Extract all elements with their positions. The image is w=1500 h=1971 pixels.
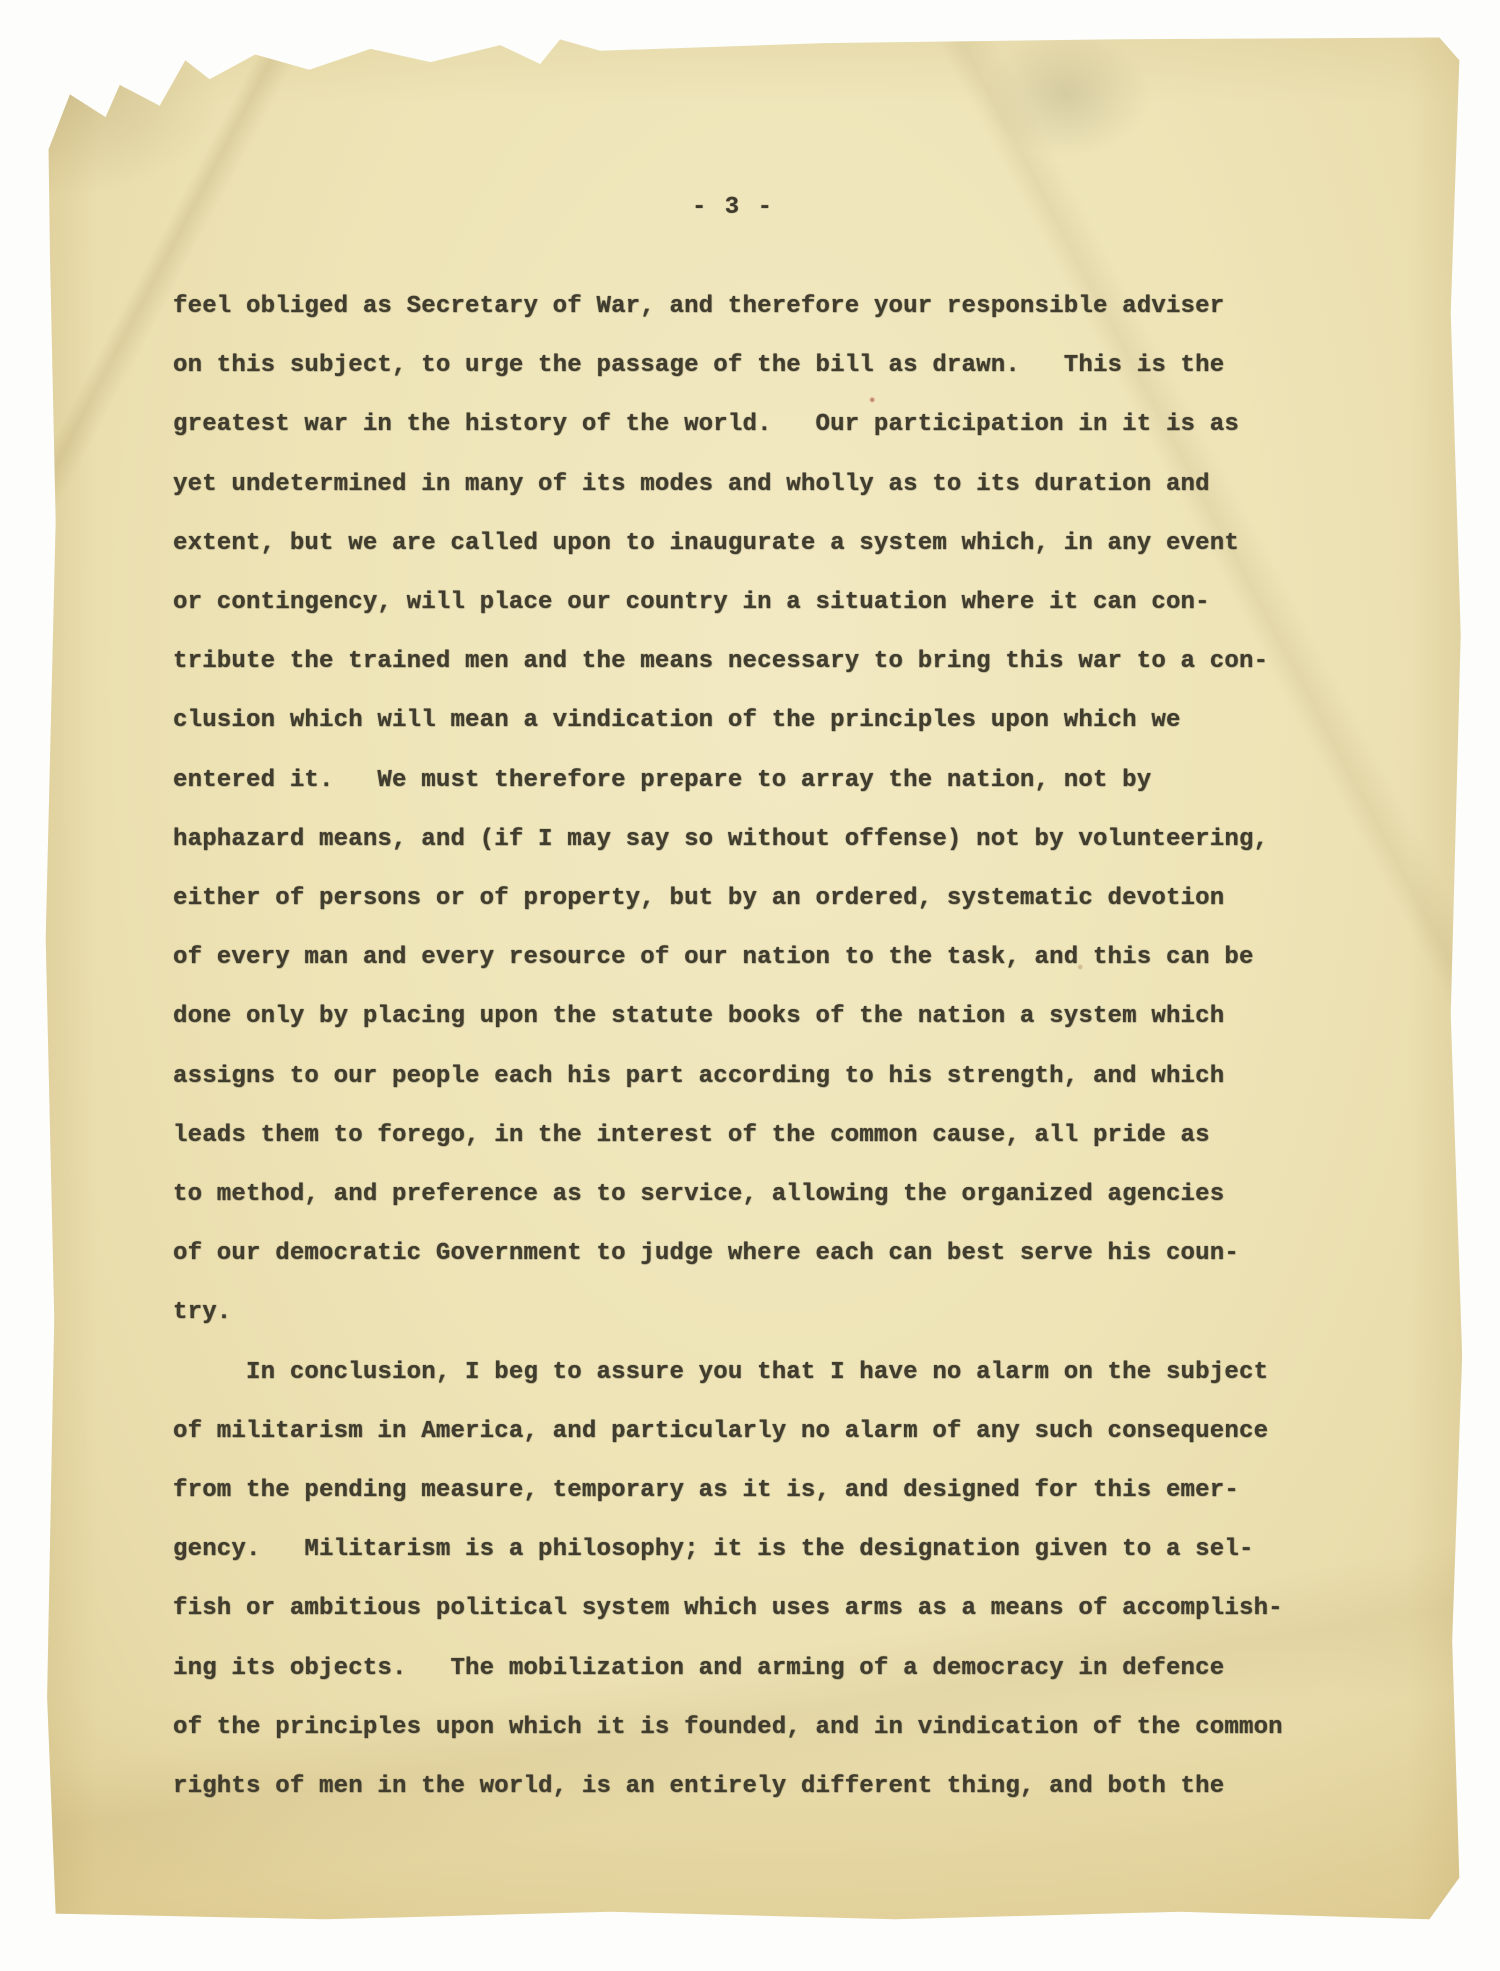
text-line: haphazard means, and (if I may say so wi… <box>173 810 1353 869</box>
text-line: to method, and preference as to service,… <box>173 1165 1353 1224</box>
text-line: rights of men in the world, is an entire… <box>173 1757 1353 1816</box>
text-line: entered it. We must therefore prepare to… <box>173 751 1353 810</box>
document-body: feel obliged as Secretary of War, and th… <box>173 277 1353 1816</box>
text-line: extent, but we are called upon to inaugu… <box>173 514 1353 573</box>
text-line: assigns to our people each his part acco… <box>173 1047 1353 1106</box>
text-line: fish or ambitious political system which… <box>173 1579 1353 1638</box>
page-number: - 3 - <box>173 180 1293 235</box>
text-line: on this subject, to urge the passage of … <box>173 336 1353 395</box>
text-line: greatest war in the history of the world… <box>173 395 1353 454</box>
text-line: gency. Militarism is a philosophy; it is… <box>173 1520 1353 1579</box>
text-line: either of persons or of property, but by… <box>173 869 1353 928</box>
text-line: leads them to forego, in the interest of… <box>173 1106 1353 1165</box>
paper-sheet: - 3 - feel obliged as Secretary of War, … <box>40 28 1465 1925</box>
text-line: tribute the trained men and the means ne… <box>173 632 1353 691</box>
text-line: or contingency, will place our country i… <box>173 573 1353 632</box>
scan-background: - 3 - feel obliged as Secretary of War, … <box>0 0 1500 1971</box>
text-line: of every man and every resource of our n… <box>173 928 1353 987</box>
text-line: of our democratic Government to judge wh… <box>173 1224 1353 1283</box>
text-line: ing its objects. The mobilization and ar… <box>173 1639 1353 1698</box>
text-line: feel obliged as Secretary of War, and th… <box>173 277 1353 336</box>
text-line: clusion which will mean a vindication of… <box>173 691 1353 750</box>
text-line: done only by placing upon the statute bo… <box>173 987 1353 1046</box>
text-line: from the pending measure, temporary as i… <box>173 1461 1353 1520</box>
text-line: of the principles upon which it is found… <box>173 1698 1353 1757</box>
text-line: of militarism in America, and particular… <box>173 1402 1353 1461</box>
text-line: yet undetermined in many of its modes an… <box>173 455 1353 514</box>
text-line: try. <box>173 1283 1353 1342</box>
text-line: In conclusion, I beg to assure you that … <box>173 1343 1353 1402</box>
